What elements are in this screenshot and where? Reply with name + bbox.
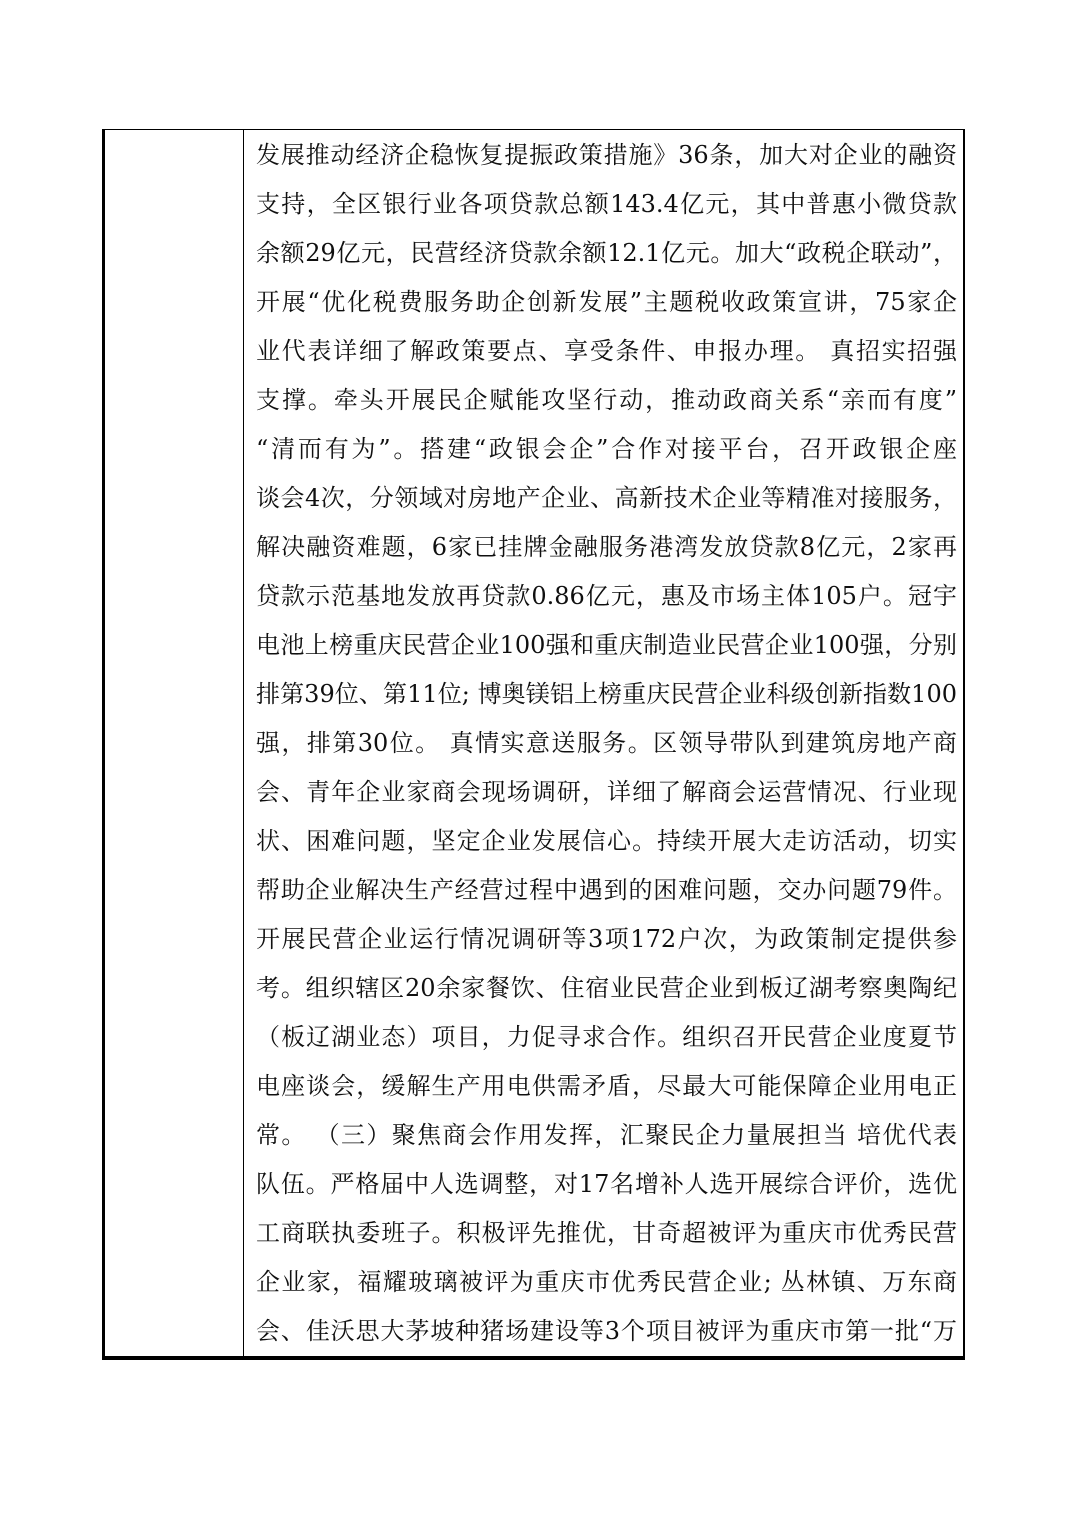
text-line: 贷款示范基地发放再贷款0.86亿元，惠及市场主体105户。冠宇: [256, 572, 957, 621]
text-line: 工商联执委班子。积极评先推优，甘奇超被评为重庆市优秀民营: [256, 1209, 957, 1258]
text-line: 解决融资难题，6家已挂牌金融服务港湾发放贷款8亿元，2家再: [256, 523, 957, 572]
table-cell-label: [105, 130, 244, 1356]
text-line: 排第39位、第11位; 博奥镁铝上榜重庆民营企业科级创新指数100: [256, 670, 957, 719]
text-line: 强，排第30位。 真情实意送服务。区领导带队到建筑房地产商: [256, 719, 957, 768]
text-line: 队伍。严格届中人选调整，对17名增补人选开展综合评价，选优: [256, 1160, 957, 1209]
table-cell-content: 发展推动经济企稳恢复提振政策措施》36条，加大对企业的融资 支持，全区银行业各项…: [244, 130, 963, 1356]
text-line: 开展民营企业运行情况调研等3项172户次，为政策制定提供参: [256, 915, 957, 964]
text-line: 开展“优化税费服务助企创新发展”主题税收政策宣讲，75家企: [256, 278, 957, 327]
text-line: （板辽湖业态）项目，力促寻求合作。组织召开民营企业度夏节: [256, 1013, 957, 1062]
text-line: 帮助企业解决生产经营过程中遇到的困难问题，交办问题79件。: [256, 866, 957, 915]
text-line: 会、佳沃思大茅坡种猪场建设等3个项目被评为重庆市第一批“万: [256, 1307, 957, 1356]
text-line: 会、青年企业家商会现场调研，详细了解商会运营情况、行业现: [256, 768, 957, 817]
text-line: 电座谈会，缓解生产用电供需矛盾，尽最大可能保障企业用电正: [256, 1062, 957, 1111]
text-line: 余额29亿元，民营经济贷款余额12.1亿元。加大“政税企联动”，: [256, 229, 957, 278]
text-line: 支撑。牵头开展民企赋能攻坚行动，推动政商关系“亲而有度”: [256, 376, 957, 425]
text-line: 常。 （三）聚焦商会作用发挥，汇聚民企力量展担当 培优代表: [256, 1111, 957, 1160]
text-line: 业代表详细了解政策要点、享受条件、申报办理。 真招实招强: [256, 327, 957, 376]
text-line: 企业家，福耀玻璃被评为重庆市优秀民营企业; 丛林镇、万东商: [256, 1258, 957, 1307]
text-line: 状、困难问题，坚定企业发展信心。持续开展大走访活动，切实: [256, 817, 957, 866]
text-line: 电池上榜重庆民营企业100强和重庆制造业民营企业100强，分别: [256, 621, 957, 670]
text-line: 支持，全区银行业各项贷款总额143.4亿元，其中普惠小微贷款: [256, 180, 957, 229]
text-line: 谈会4次，分领域对房地产企业、高新技术企业等精准对接服务，: [256, 474, 957, 523]
document-table: 发展推动经济企稳恢复提振政策措施》36条，加大对企业的融资 支持，全区银行业各项…: [102, 129, 965, 1360]
text-line: 考。组织辖区20余家餐饮、住宿业民营企业到板辽湖考察奥陶纪: [256, 964, 957, 1013]
text-line: 发展推动经济企稳恢复提振政策措施》36条，加大对企业的融资: [256, 131, 957, 180]
text-line: “清而有为”。搭建“政银会企”合作对接平台，召开政银企座: [256, 425, 957, 474]
